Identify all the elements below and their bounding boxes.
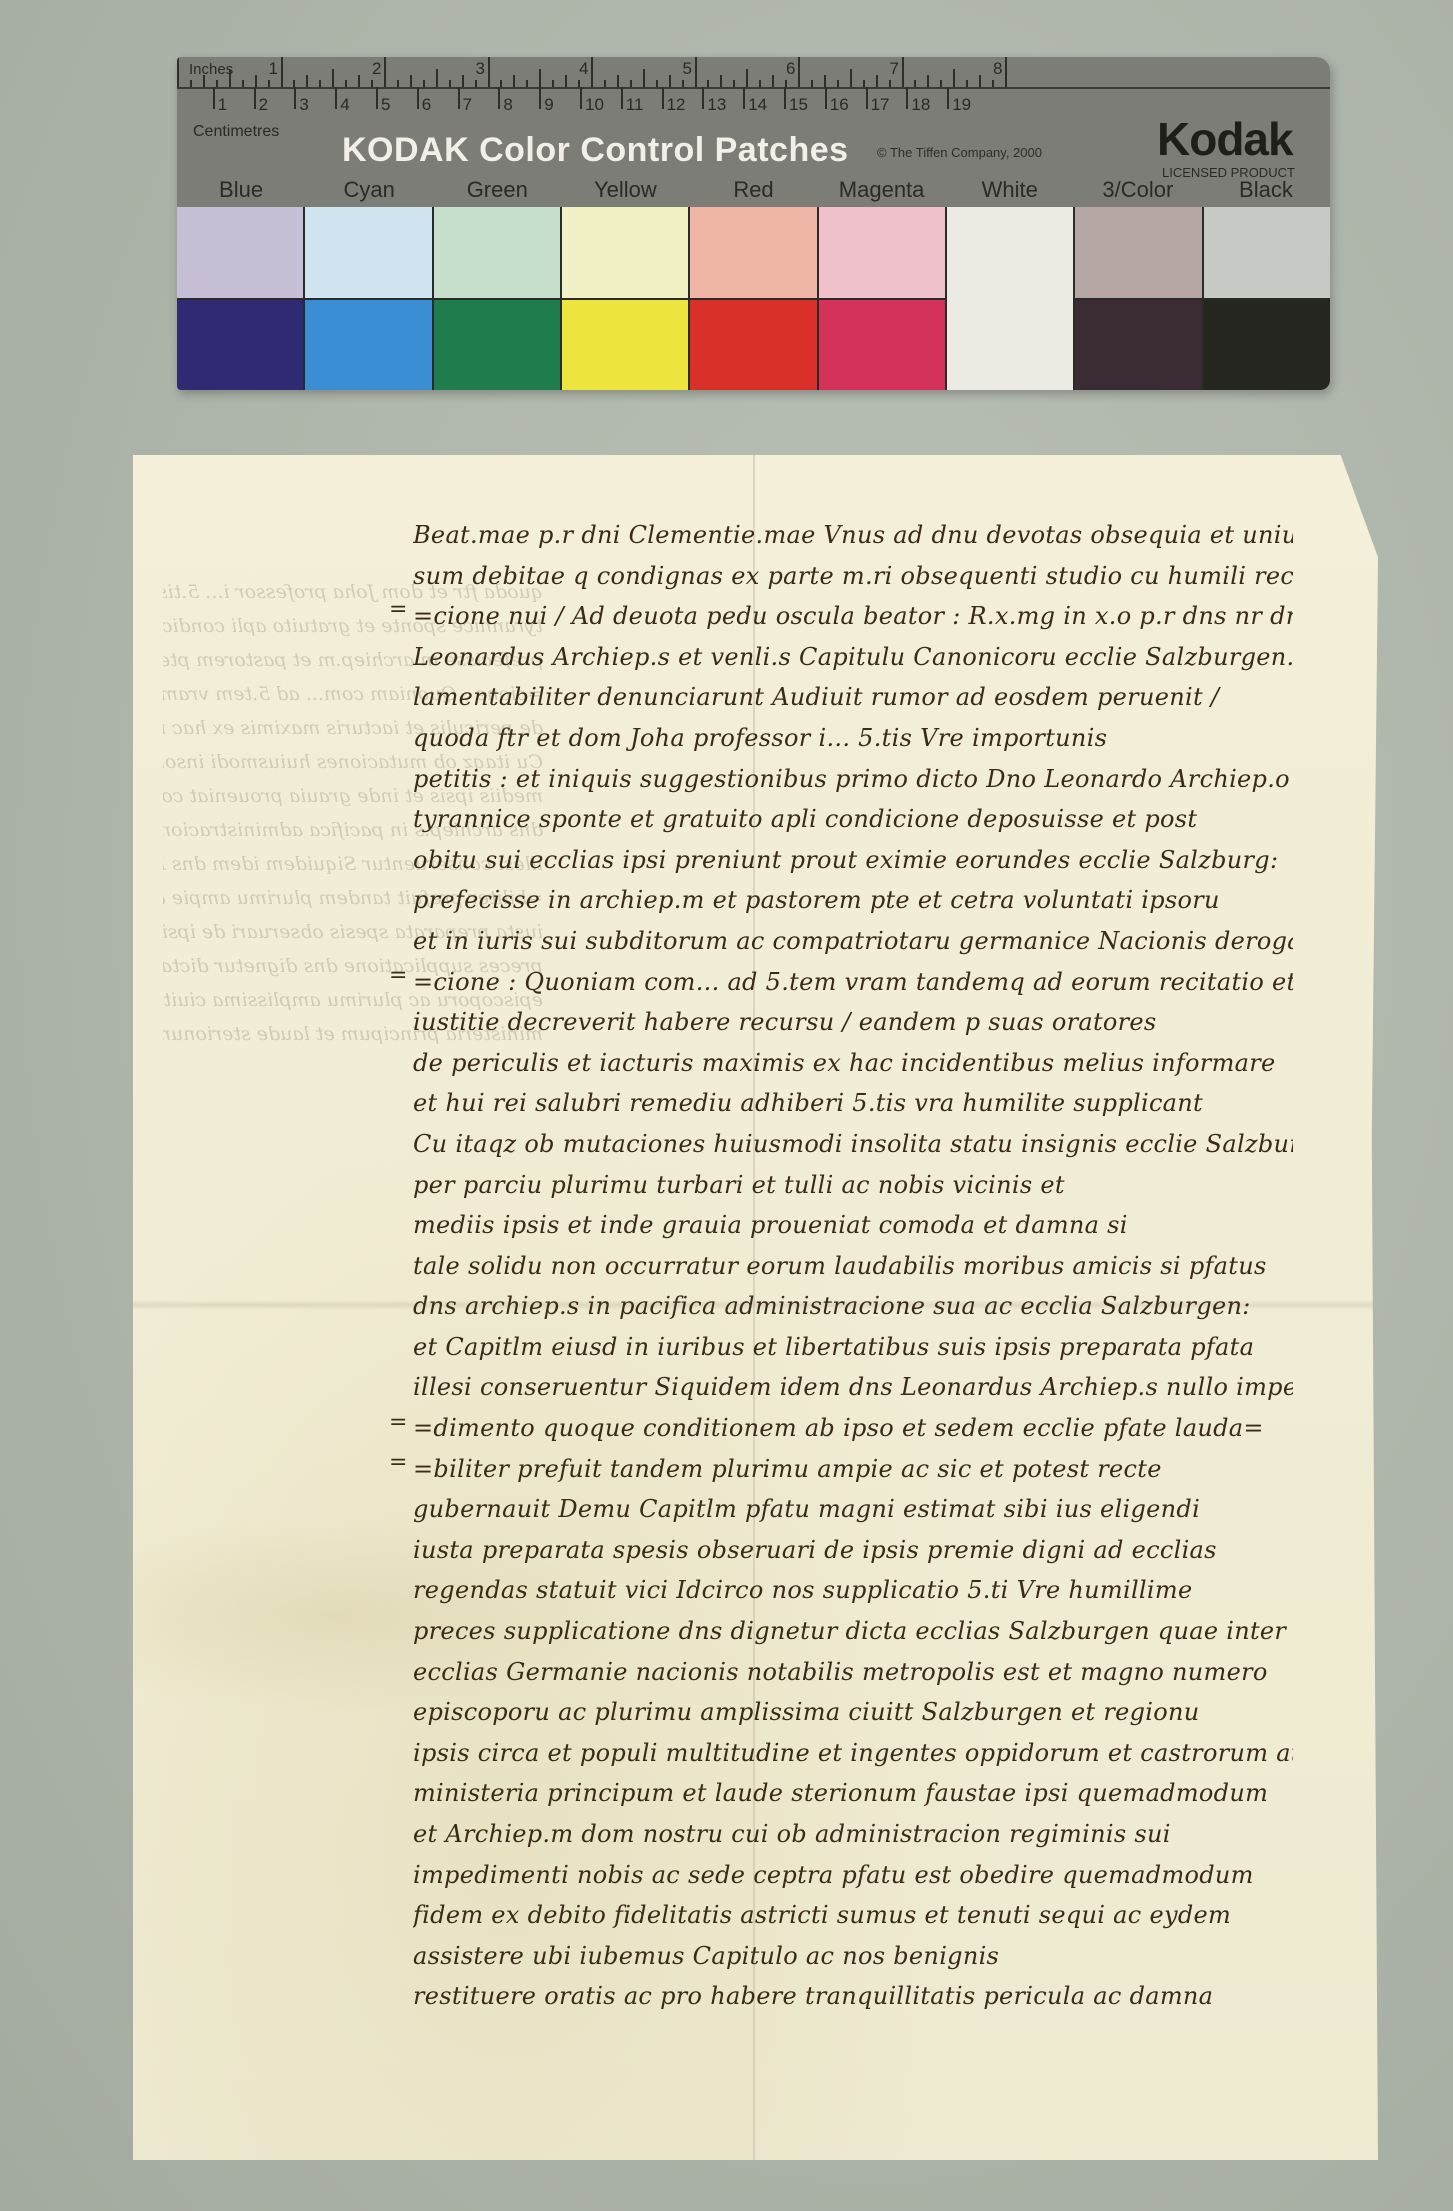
manuscript-line: et in iuris sui subditorum ac compatriot… [413,921,1293,962]
light-patch [819,207,945,300]
cm-tick-label: 3 [299,95,308,115]
inch-tick [940,80,942,87]
inch-tick [682,80,684,87]
patch-name-row: BlueCyanGreenYellowRedMagentaWhite3/Colo… [177,175,1330,207]
cm-tick-label: 14 [748,95,767,115]
inch-tick [966,80,968,87]
light-patch [1204,207,1330,300]
strip-title: KODAK Color Control Patches [342,131,849,170]
manuscript-line: quoda ftr et dom Joha professor i... 5.t… [413,718,1293,759]
inch-tick [397,80,399,87]
cm-tick-label: 10 [585,95,604,115]
patch-label-green: Green [433,177,561,203]
cm-tick-label: 4 [340,95,349,115]
cm-tick-label: 12 [667,95,686,115]
inch-tick-label: 1 [269,59,278,79]
dark-patch [1075,300,1201,391]
manuscript-line: obitu sui ecclias ipsi preniunt prout ex… [413,840,1293,881]
inch-tick [384,57,386,87]
manuscript-line: per parciu plurimu turbari et tulli ac n… [413,1165,1293,1206]
inch-tick [513,75,515,87]
light-patch [177,207,303,300]
inch-tick [281,57,283,87]
inch-tick [746,69,748,87]
inch-tick [475,80,477,87]
inch-tick [643,69,645,87]
manuscript-page: quoda ftr et dom Joha professor i... 5.t… [133,455,1378,2160]
patch-label-white: White [946,177,1074,203]
patch-column-magenta [819,207,947,390]
manuscript-line: et hui rei salubri remediu adhiberi 5.ti… [413,1083,1293,1124]
inch-tick-label: 3 [476,59,485,79]
light-patch [305,207,431,300]
cm-tick [825,87,827,109]
cm-tick-label: 17 [871,95,890,115]
cm-tick [498,87,500,109]
inch-tick [604,80,606,87]
manuscript-line: et Capitlm eiusd in iuribus et libertati… [413,1327,1293,1368]
cm-tick [866,87,868,109]
cm-tick-label: 19 [952,95,971,115]
cm-tick-label: 9 [544,95,553,115]
inch-tick-label: 5 [683,59,692,79]
inch-tick [488,57,490,87]
inch-tick-label: 7 [890,59,899,79]
inch-tick [630,80,632,87]
manuscript-line: restituere oratis ac pro habere tranquil… [413,1976,1293,2017]
manuscript-line: ecclias Germanie nacionis notabilis metr… [413,1652,1293,1693]
manuscript-line: mediis ipsis et inde grauia proueniat co… [413,1205,1293,1246]
inch-tick [927,75,929,87]
manuscript-text: Beat.mae p.r dni Clementie.mae Vnus ad d… [413,515,1293,2017]
manuscript-line: impedimenti nobis ac sede ceptra pfatu e… [413,1855,1293,1896]
manuscript-line: =cione nui / Ad deuota pedu oscula beato… [413,596,1293,637]
inch-tick [578,80,580,87]
manuscript-line: =biliter prefuit tandem plurimu ampie ac… [413,1449,1293,1490]
kodak-logo: Kodak [1157,112,1293,166]
light-patch [1075,207,1201,300]
inch-tick [914,80,916,87]
cm-tick [947,87,949,109]
cm-tick-label: 6 [422,95,431,115]
inch-tick [669,75,671,87]
patch-label-cyan: Cyan [305,177,433,203]
patch-column-3-color [1075,207,1203,390]
margin-mark: = [389,597,407,622]
patch-column-cyan [305,207,433,390]
manuscript-line: fidem ex debito fidelitatis astricti sum… [413,1895,1293,1936]
dark-patch [1204,300,1330,391]
inch-tick [617,75,619,87]
cm-tick [539,87,541,109]
cm-tick-label: 7 [463,95,472,115]
cm-tick [254,87,256,109]
manuscript-line: dns archiep.s in pacifica administracion… [413,1286,1293,1327]
margin-mark: = [389,1410,407,1435]
manuscript-line: iusta preparata spesis obseruari de ipsi… [413,1530,1293,1571]
manuscript-line: assistere ubi iubemus Capitulo ac nos be… [413,1936,1293,1977]
manuscript-line: ministeria principum et laude sterionum … [413,1773,1293,1814]
patch-label-magenta: Magenta [818,177,946,203]
kodak-color-control-strip: Inches 12345678 123456789101112131415161… [177,57,1330,390]
cm-tick [294,87,296,109]
dark-patch [690,300,816,391]
inch-tick [850,69,852,87]
inch-tick [500,80,502,87]
inch-tick-label: 6 [786,59,795,79]
cm-tick-label: 11 [626,95,644,115]
manuscript-line: regendas statuit vici Idcirco nos suppli… [413,1570,1293,1611]
manuscript-line: petitis : et iniquis suggestionibus prim… [413,759,1293,800]
inch-tick [565,75,567,87]
inch-tick [242,80,244,87]
inch-tick [720,75,722,87]
patch-column-red [690,207,818,390]
manuscript-line: lamentabiliter denunciarunt Audiuit rumo… [413,677,1293,718]
light-patch [562,207,688,300]
inch-tick [824,75,826,87]
margin-mark: = [389,1450,407,1475]
dark-patch [562,300,688,391]
manuscript-line: prefecisse in archiep.m et pastorem pte … [413,880,1293,921]
manuscript-line: episcoporu ac plurimu amplissima ciuitt … [413,1692,1293,1733]
inch-tick [785,80,787,87]
inch-tick-label: 4 [579,59,588,79]
inch-tick [889,80,891,87]
cm-tick-label: 8 [503,95,512,115]
inch-tick [293,80,295,87]
manuscript-line: illesi conseruentur Siquidem idem dns Le… [413,1367,1293,1408]
inch-tick [306,75,308,87]
patch-label-3-color: 3/Color [1074,177,1202,203]
cm-tick-label: 13 [707,95,726,115]
inch-tick [811,80,813,87]
patch-column-black [1204,207,1330,390]
inch-tick [759,80,761,87]
inch-tick [371,80,373,87]
patch-label-red: Red [689,177,817,203]
inch-ruler: Inches 12345678 [177,57,1330,89]
cm-tick [906,87,908,109]
inch-tick [526,80,528,87]
inch-tick [863,80,865,87]
manuscript-line: Beat.mae p.r dni Clementie.mae Vnus ad d… [413,515,1293,556]
manuscript-line: ipsis circa et populi multitudine et ing… [413,1733,1293,1774]
centimetres-label: Centimetres [193,123,279,141]
cm-tick-label: 18 [911,95,930,115]
inch-tick [979,75,981,87]
inch-tick [733,80,735,87]
dark-patch [947,299,1073,391]
inch-tick [332,69,334,87]
patch-column-green [434,207,562,390]
cm-tick [458,87,460,109]
manuscript-line: de periculis et iacturis maximis ex hac … [413,1043,1293,1084]
manuscript-line: =cione : Quoniam com... ad 5.tem vram ta… [413,962,1293,1003]
inch-tick [345,80,347,87]
inch-tick [798,57,800,87]
patch-column-blue [177,207,305,390]
manuscript-line: =dimento quoque conditionem ab ipso et s… [413,1408,1293,1449]
cm-tick [702,87,704,109]
inch-tick-label: 8 [993,59,1002,79]
inch-tick [436,69,438,87]
inch-tick [656,80,658,87]
light-patch [434,207,560,300]
cm-tick [621,87,623,109]
patch-label-yellow: Yellow [561,177,689,203]
cm-tick [335,87,337,109]
inch-tick [358,75,360,87]
patch-column-white [947,207,1075,390]
inch-tick [707,80,709,87]
cm-tick-label: 16 [830,95,849,115]
manuscript-line: iustitie decreverit habere recursu / ean… [413,1002,1293,1043]
cm-tick [580,87,582,109]
inch-tick [410,75,412,87]
manuscript-line: gubernauit Demu Capitlm pfatu magni esti… [413,1489,1293,1530]
inch-tick [992,80,994,87]
inch-tick [229,69,231,87]
cm-tick [662,87,664,109]
copyright-notice: © The Tiffen Company, 2000 [877,145,1042,160]
inch-tick [837,80,839,87]
inch-tick [591,57,593,87]
dark-patch [305,300,431,391]
inch-tick [772,75,774,87]
cm-tick-label: 15 [789,95,808,115]
inch-tick [876,75,878,87]
manuscript-line: Leonardus Archiep.s et venli.s Capitulu … [413,637,1293,678]
dark-patch [434,300,560,391]
cm-tick [743,87,745,109]
cm-tick [213,87,215,109]
manuscript-line: tale solidu non occurratur eorum laudabi… [413,1246,1293,1287]
manuscript-line: Cu itaqz ob mutaciones huiusmodi insolit… [413,1124,1293,1165]
manuscript-line: et Archiep.m dom nostru cui ob administr… [413,1814,1293,1855]
inch-tick [319,80,321,87]
inch-tick [216,80,218,87]
color-patches [177,207,1330,390]
light-patch [947,207,1073,299]
margin-mark: = [389,963,407,988]
manuscript-line: preces supplicatione dns dignetur dicta … [413,1611,1293,1652]
light-patch [690,207,816,300]
inch-tick [953,69,955,87]
inch-tick [1005,57,1007,87]
inch-tick [255,75,257,87]
dark-patch [819,300,945,391]
inch-tick [203,75,205,87]
inch-tick [423,80,425,87]
inches-label: Inches [189,61,233,78]
cm-tick-label: 1 [218,95,227,115]
inch-tick [268,80,270,87]
cm-tick [784,87,786,109]
cm-tick [376,87,378,109]
manuscript-line: sum debitae q condignas ex parte m.ri ob… [413,556,1293,597]
inch-tick [902,57,904,87]
manuscript-line: tyrannice sponte et gratuito apli condic… [413,799,1293,840]
inch-tick [177,57,179,87]
inch-tick [552,80,554,87]
patch-column-yellow [562,207,690,390]
cm-tick-label: 2 [259,95,268,115]
inch-tick [462,75,464,87]
cm-tick [417,87,419,109]
inch-tick [190,80,192,87]
cm-tick-label: 5 [381,95,390,115]
dark-patch [177,300,303,391]
inch-tick [539,69,541,87]
patch-label-blue: Blue [177,177,305,203]
inch-tick-label: 2 [372,59,381,79]
inch-tick [449,80,451,87]
patch-label-black: Black [1202,177,1330,203]
inch-tick [695,57,697,87]
